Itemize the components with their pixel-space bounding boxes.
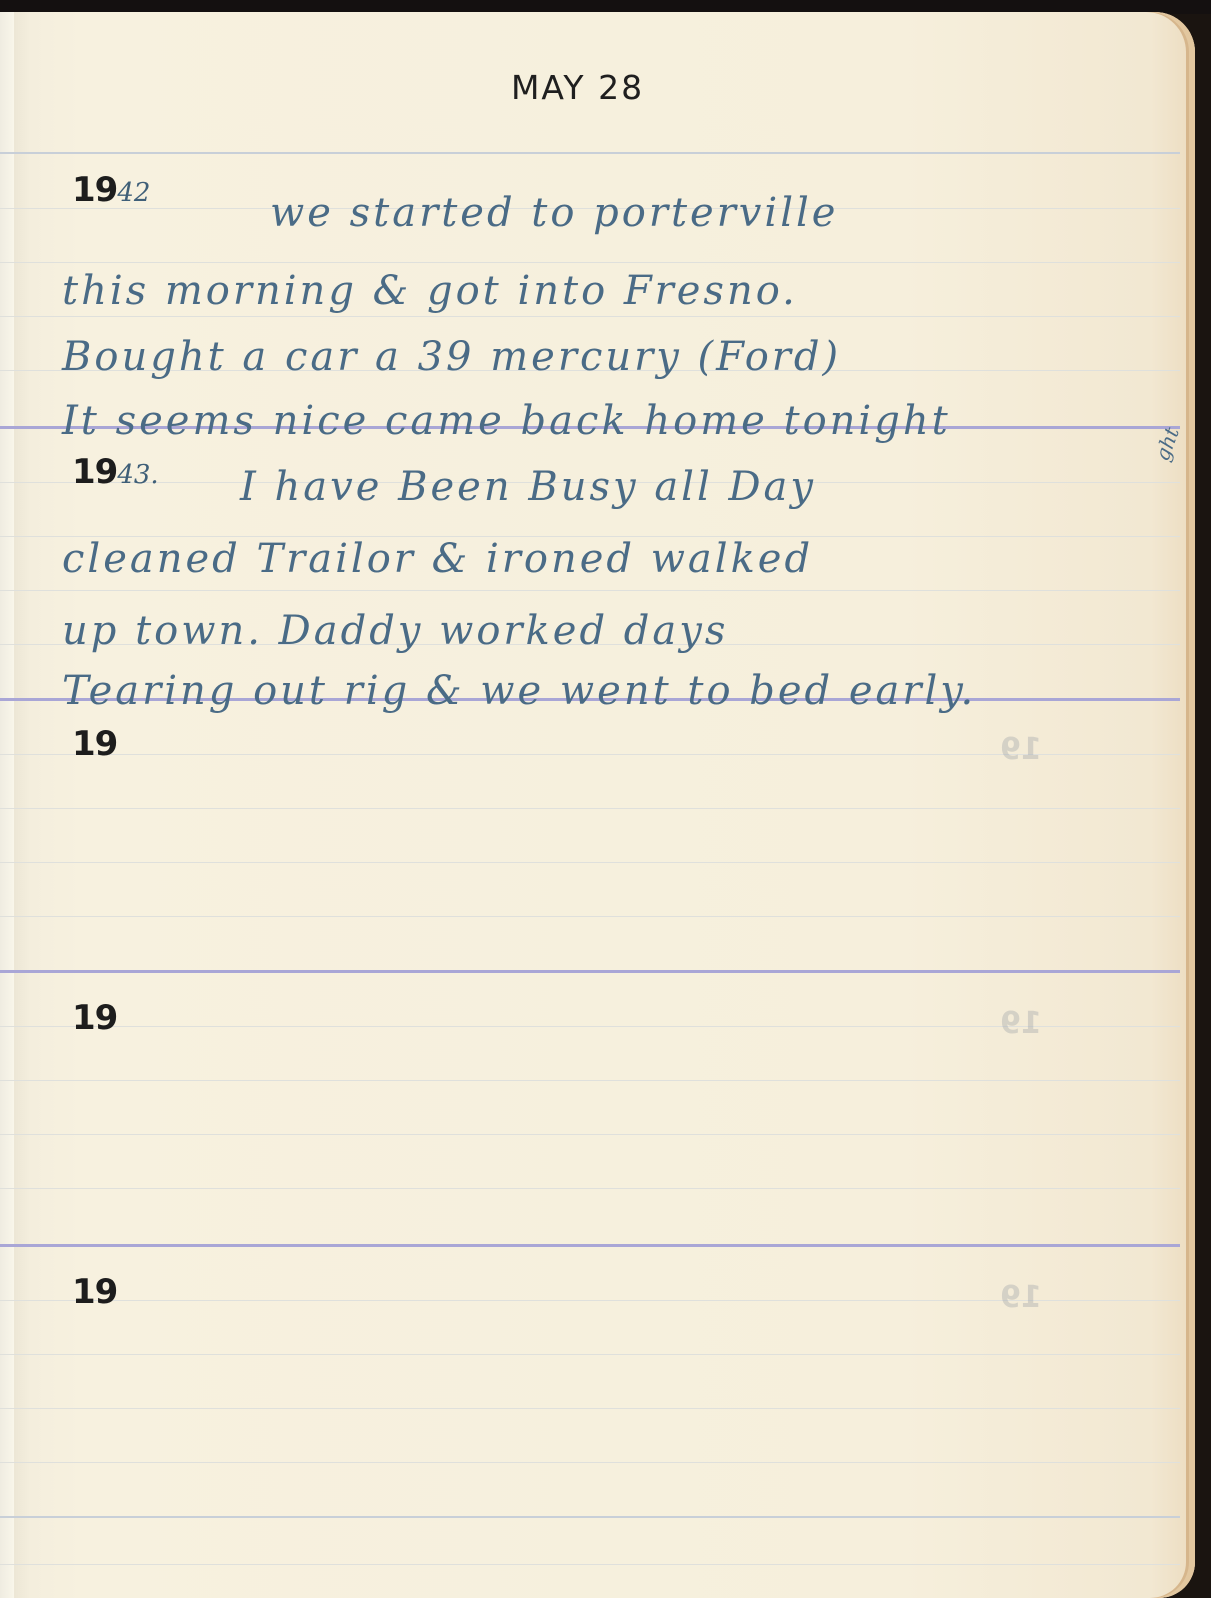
year-printed: 19	[72, 170, 117, 210]
handwritten-line: It seems nice came back home tonight	[62, 398, 951, 444]
page-date-heading: MAY 28	[0, 68, 1195, 107]
handwritten-line: we started to porterville	[270, 190, 838, 236]
entry-year: 19	[72, 1272, 117, 1312]
ruled-line	[0, 262, 1180, 263]
handwritten-line: I have Been Busy all Day	[240, 464, 816, 510]
ruled-line	[0, 1564, 1180, 1565]
handwritten-line: up town. Daddy worked days	[62, 608, 728, 654]
ruled-line	[0, 1134, 1180, 1135]
year-printed: 19	[72, 724, 117, 764]
ruled-line	[0, 316, 1180, 317]
entry-year: 19	[72, 998, 117, 1038]
entry-year: 19	[72, 724, 117, 764]
section-divider	[0, 152, 1180, 154]
bleed-through-year: 19	[1000, 1006, 1042, 1041]
diary-page: MAY 28 19 19 19 1942 we started to porte…	[0, 12, 1195, 1598]
ruled-line	[0, 1354, 1180, 1355]
ruled-line	[0, 808, 1180, 809]
handwritten-line: Tearing out rig & we went to bed early.	[62, 668, 976, 714]
binding-edge	[0, 12, 14, 1598]
section-divider	[0, 970, 1180, 973]
ruled-line	[0, 916, 1180, 917]
year-printed: 19	[72, 998, 117, 1038]
bleed-through-year: 19	[1000, 732, 1042, 767]
margin-note: ght	[1150, 424, 1184, 464]
handwritten-line: this morning & got into Fresno.	[62, 268, 798, 314]
entry-year: 1942	[72, 170, 150, 210]
section-divider	[0, 1516, 1180, 1518]
ruled-line	[0, 1408, 1180, 1409]
bleed-through-year: 19	[1000, 1280, 1042, 1315]
year-printed: 19	[72, 1272, 117, 1312]
ruled-line	[0, 862, 1180, 863]
ruled-line	[0, 590, 1180, 591]
handwritten-line: cleaned Trailor & ironed walked	[62, 536, 813, 582]
handwritten-line: Bought a car a 39 mercury (Ford)	[62, 334, 841, 380]
entry-year: 1943.	[72, 452, 159, 492]
ruled-line	[0, 1080, 1180, 1081]
year-handwritten: 42	[117, 178, 150, 208]
ruled-line	[0, 1462, 1180, 1463]
section-divider	[0, 1244, 1180, 1247]
year-printed: 19	[72, 452, 117, 492]
year-handwritten: 43.	[117, 460, 158, 490]
ruled-line	[0, 1188, 1180, 1189]
